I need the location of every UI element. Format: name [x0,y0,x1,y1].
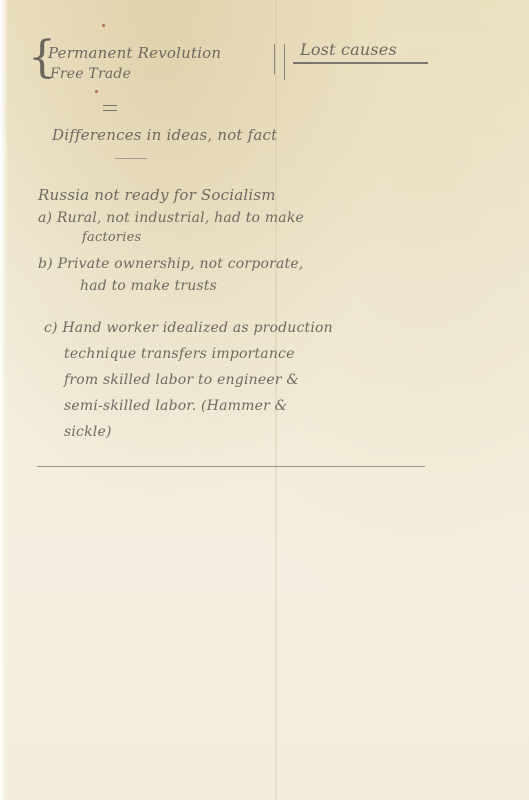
item-c-line3: from skilled labor to engineer & [64,372,299,388]
header-item-free-trade: Free Trade [50,66,131,82]
item-c-line5: sickle) [64,424,112,440]
item-a-label: a) [38,210,52,226]
item-b-line2: had to make trusts [80,278,217,294]
header-item-permanent-revolution: Permanent Revolution [48,44,221,62]
item-a-line1: a) Rural, not industrial, had to make [38,210,304,226]
equals-mark [103,110,117,111]
item-a-line2: factories [82,230,141,245]
item-b-text: Private ownership, not corporate, [57,256,303,272]
item-c-label: c) [44,320,58,336]
item-b-line1: b) Private ownership, not corporate, [38,256,304,272]
item-a-text: Rural, not industrial, had to make [57,210,304,226]
rust-mark [95,90,98,93]
item-c-text: Hand worker idealized as production [62,320,333,336]
paper-edge [0,0,8,800]
equals-mark [103,105,117,106]
horizontal-rule [37,466,425,467]
item-b-label: b) [38,256,53,272]
rust-mark [102,24,105,27]
heading-underline [293,62,428,64]
item-c-line4: semi-skilled labor. (Hammer & [64,398,287,414]
divider-bar [284,44,285,80]
section-title: Russia not ready for Socialism [38,186,276,204]
lost-causes-heading: Lost causes [300,40,397,59]
divider-bar [274,44,275,74]
item-c-line1: c) Hand worker idealized as production [44,320,333,336]
summary-line: Differences in ideas, not fact [52,126,277,144]
short-separator [115,158,147,159]
item-c-line2: technique transfers importance [64,346,295,362]
